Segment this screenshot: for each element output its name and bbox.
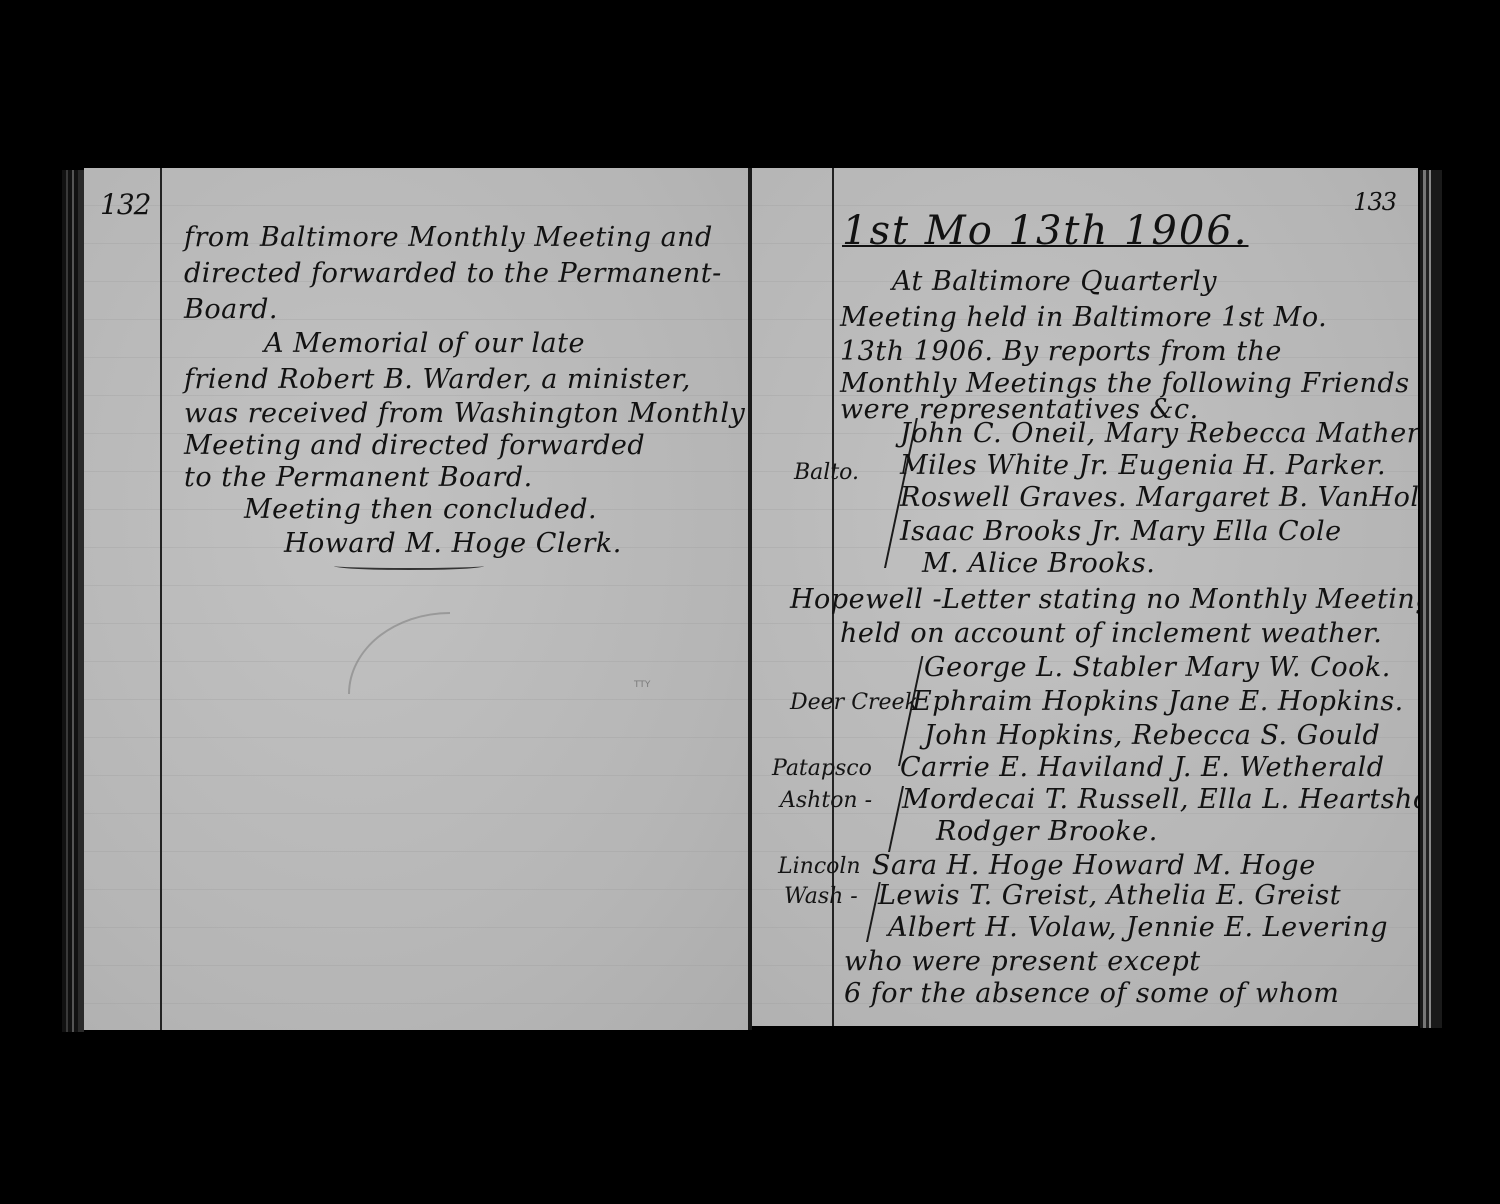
balto-names-4: Isaac Brooks Jr. Mary Ella Cole xyxy=(900,516,1342,547)
pencil-arc-mark xyxy=(348,612,450,694)
closing-line-1: who were present except xyxy=(844,946,1201,977)
open-ledger-book: 132 from Baltimore Monthly Meeting and d… xyxy=(62,168,1442,1032)
signature-flourish xyxy=(334,562,484,570)
wash-names-2: Albert H. Volaw, Jennie E. Levering xyxy=(888,912,1388,943)
deer-creek-names-1: George L. Stabler Mary W. Cook. xyxy=(924,652,1391,683)
deer-creek-names-2: Ephraim Hopkins Jane E. Hopkins. xyxy=(912,686,1404,717)
signature-clerk: Howard M. Hoge Clerk. xyxy=(284,528,622,559)
left-line-2: directed forwarded to the Permanent- xyxy=(184,258,722,289)
left-line-8: to the Permanent Board. xyxy=(184,462,533,493)
closing-line-2: 6 for the absence of some of whom xyxy=(844,978,1339,1009)
left-line-7: Meeting and directed forwarded xyxy=(184,430,645,461)
patapsco-names-1: Carrie E. Haviland J. E. Wetherald xyxy=(900,752,1385,783)
ashton-names-1: Mordecai T. Russell, Ella L. Heartshorn xyxy=(902,784,1418,815)
left-line-1: from Baltimore Monthly Meeting and xyxy=(184,222,713,253)
meeting-label-hopewell: Hopewell - xyxy=(790,584,942,615)
hopewell-note-1: Letter stating no Monthly Meeting xyxy=(942,584,1418,615)
date-heading: 1st Mo 13th 1906. xyxy=(842,208,1248,254)
balto-names-2: Miles White Jr. Eugenia H. Parker. xyxy=(900,450,1386,481)
left-line-5: friend Robert B. Warder, a minister, xyxy=(184,364,691,395)
faint-page-mark: TTY xyxy=(634,680,650,690)
left-margin-rule xyxy=(160,168,162,1030)
page-number-left: 132 xyxy=(100,188,150,221)
book-page-edges-right xyxy=(1420,170,1442,1028)
balto-names-3: Roswell Graves. Margaret B. VanHollen, xyxy=(900,482,1418,513)
ashton-names-2: Rodger Brooke. xyxy=(936,816,1158,847)
lincoln-names-1: Sara H. Hoge Howard M. Hoge xyxy=(872,850,1316,881)
meeting-label-lincoln: Lincoln xyxy=(778,854,861,879)
left-line-9: Meeting then concluded. xyxy=(244,494,597,525)
meeting-label-wash: Wash - xyxy=(784,884,858,909)
meeting-label-deer-creek: Deer Creek xyxy=(790,690,918,715)
deer-creek-names-3: John Hopkins, Rebecca S. Gould xyxy=(924,720,1380,751)
meeting-label-balto: Balto. xyxy=(794,460,859,485)
left-line-4: A Memorial of our late xyxy=(264,328,585,359)
hopewell-note-2: held on account of inclement weather. xyxy=(840,618,1382,649)
meeting-label-patapsco: Patapsco xyxy=(772,756,872,781)
left-page: 132 from Baltimore Monthly Meeting and d… xyxy=(84,168,752,1030)
intro-line-3: 13th 1906. By reports from the xyxy=(840,336,1282,367)
left-line-3: Board. xyxy=(184,294,278,325)
balto-names-5: M. Alice Brooks. xyxy=(922,548,1155,579)
wash-names-1: Lewis T. Greist, Athelia E. Greist xyxy=(878,880,1341,911)
page-number-right: 133 xyxy=(1353,188,1396,216)
book-spine-edge-left xyxy=(62,170,84,1032)
meeting-label-ashton: Ashton - xyxy=(780,788,872,813)
intro-line-2: Meeting held in Baltimore 1st Mo. xyxy=(840,302,1327,333)
intro-line-1: At Baltimore Quarterly xyxy=(892,266,1217,297)
balto-names-1: John C. Oneil, Mary Rebecca Mather. xyxy=(900,418,1418,449)
left-line-6: was received from Washington Monthly xyxy=(184,398,745,429)
right-page: 133 1st Mo 13th 1906. At Baltimore Quart… xyxy=(752,168,1418,1026)
scan-viewport: 132 from Baltimore Monthly Meeting and d… xyxy=(0,0,1500,1204)
